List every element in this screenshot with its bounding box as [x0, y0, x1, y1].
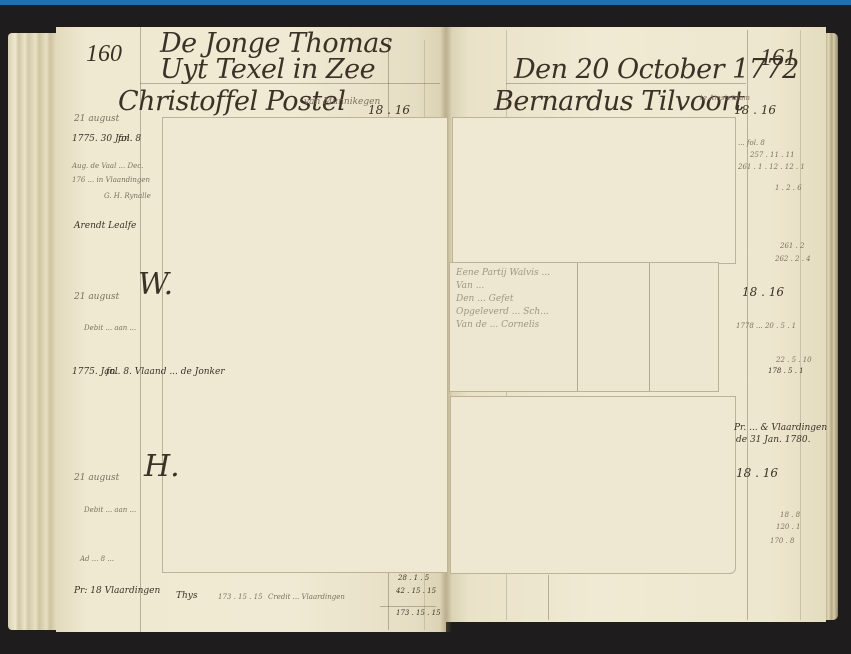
section-amount: 18 . 16	[742, 286, 784, 298]
footer-note: Credit ... Vlaardingen	[268, 594, 345, 601]
margin-text: 178 . 5 . 1	[768, 368, 804, 375]
margin-text: Debit ... aan ...	[84, 325, 136, 332]
slip-line: Eene Partij Walvis ...	[456, 269, 550, 278]
margin-text: 176 ... in Vlaandingen	[72, 177, 150, 184]
slip-line: Van de ... Cornelis	[456, 321, 539, 330]
margin-text: de 31 Jan. 1780.	[736, 436, 811, 445]
margin-text: Arendt Lealfe	[74, 222, 136, 231]
ship-name-heading: De Jonge Thomas	[160, 30, 392, 57]
section-amount: 18 . 16	[736, 467, 778, 479]
margin-text: 22 . 5 . 10	[776, 357, 812, 364]
footer-sum-rule	[380, 606, 436, 607]
margin-date: 21 august	[74, 115, 119, 124]
right-amount-rule-2	[800, 30, 801, 620]
margin-date: 21 august	[74, 474, 119, 483]
slip-line: Van ...	[456, 282, 484, 291]
margin-text: Pr. ... & Vlaardingen	[734, 424, 827, 433]
margin-text: 170 . 8	[770, 538, 795, 545]
footer-col-value: 28 . 1 . 5	[398, 575, 429, 582]
slip-line: Den ... Gefet	[456, 295, 513, 304]
margin-text: 262 . 2 . 4	[775, 256, 811, 263]
margin-date: 21 august	[74, 293, 119, 302]
right-footer-rule	[548, 575, 549, 620]
slip-line: Opgeleverd ... Sch...	[456, 308, 549, 317]
margin-text: 257 . 11 . 11	[750, 152, 795, 159]
left-header-amount: 18 . 16	[368, 104, 410, 116]
footer-name: Thys	[176, 592, 198, 601]
margin-text: 120 . 1	[776, 524, 801, 531]
margin-text: G. H. Rynalle	[104, 193, 151, 200]
voyage-heading: Uyt Texel in Zee	[160, 56, 375, 83]
margin-text: fol. 8	[118, 135, 141, 144]
footer-col-value: 173 . 15 . 15	[396, 610, 441, 617]
margin-text: Ad ... 8 ...	[80, 556, 114, 563]
right-header-amount: 18 . 16	[734, 104, 776, 116]
margin-text: 261 . 2	[780, 243, 805, 250]
margin-text: ... fol. 8	[738, 140, 765, 147]
margin-text: 18 . 8	[780, 512, 800, 519]
footer-amount-total: 173 . 15 . 15	[218, 594, 263, 601]
footer-col-value: 42 . 15 . 15	[396, 588, 436, 595]
inserted-slip: Eene Partij Walvis ... Van ... Den ... G…	[449, 262, 719, 392]
slip-fold-line	[649, 263, 650, 391]
margin-text: Debit ... aan ...	[84, 507, 136, 514]
entry-initial: W.	[138, 270, 173, 300]
entry-initial: H.	[144, 452, 180, 482]
pasted-paper-right-top	[452, 117, 736, 264]
page-number-right: 161	[760, 46, 796, 70]
entry-date-heading: Den 20 October 1772	[514, 56, 799, 83]
page-number-left: 160	[86, 42, 122, 66]
margin-text: 261 . 1 . 12 . 12 . 1	[738, 164, 805, 171]
margin-text: Pr: 18 Vlaardingen	[74, 587, 160, 596]
margin-text: 1778 ... 20 . 5 . 1	[736, 323, 796, 330]
margin-text: 1 . 2 . 6	[775, 185, 802, 192]
pasted-paper-left	[162, 117, 448, 573]
pasted-paper-right-bottom	[450, 396, 736, 574]
merchant-place-note: te Amsterdam	[700, 95, 750, 102]
left-margin-rule	[140, 27, 141, 632]
margin-text: Aug. de Vaal ... Dec.	[72, 163, 143, 170]
slip-fold-line	[577, 263, 578, 391]
margin-text: fol. 8. Vlaand ... de Jonker	[106, 368, 225, 377]
